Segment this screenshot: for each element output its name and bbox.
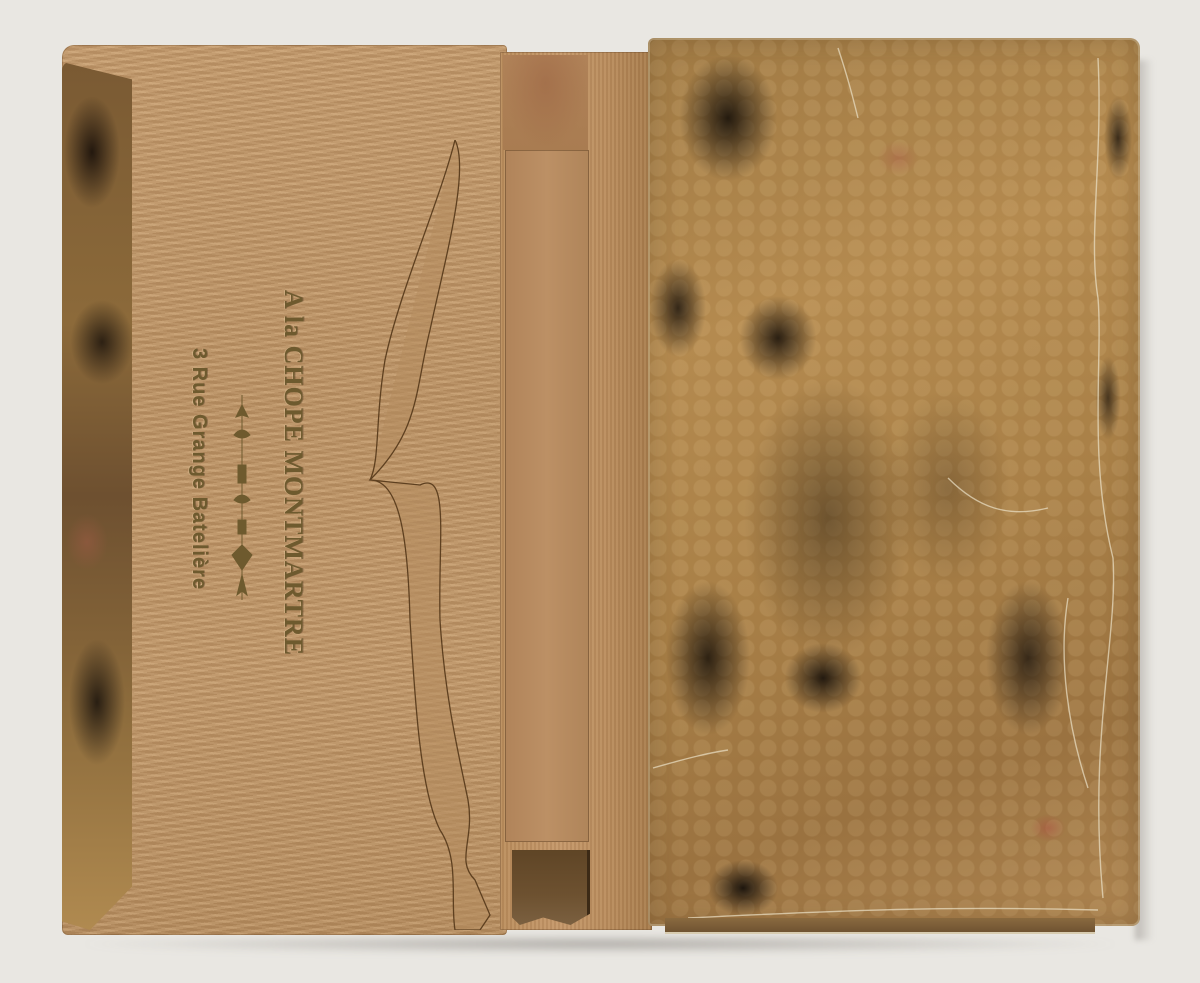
flourish-ornament-icon [228,395,256,600]
pocket-outline-icon [360,140,500,930]
drop-shadow-bottom [70,935,1130,953]
cover-page-edge [665,918,1095,934]
tortoiseshell-front-cover [648,38,1140,926]
merchant-address-stamp: 3 Rue Grange Batelière [187,348,210,590]
pocket-flap-cutout [360,140,500,930]
spine-bottom-tab [512,850,590,925]
spine-top-worn-leather [503,55,588,150]
merchant-name-stamp: A la CHOPE MONTMARTRE [278,290,308,656]
tortoiseshell-left-strip [62,62,132,930]
spine-inner-panel [505,150,589,842]
